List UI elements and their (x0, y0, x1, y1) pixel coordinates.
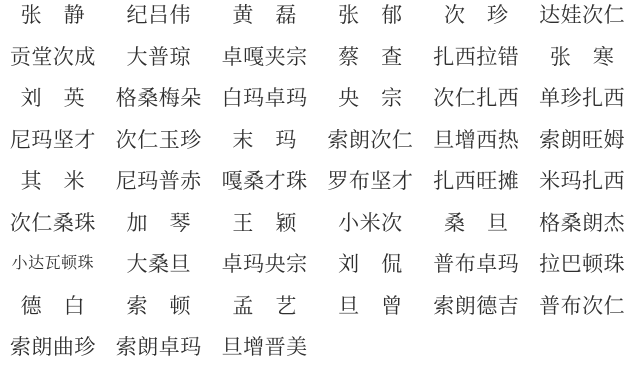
name-cell: 尼玛坚才 (10, 129, 96, 151)
name-cell: 张 郁 (338, 4, 403, 26)
name-cell: 刘 英 (21, 87, 86, 109)
document-page: 张 静纪吕伟黄 磊张 郁次 珍达娃次仁贡堂次成大普琼卓嘎夹宗蔡 查扎西拉错张 寒… (0, 0, 635, 372)
name-cell: 普布次仁 (539, 295, 625, 317)
name-cell: 格桑梅朵 (116, 87, 202, 109)
name-cell: 拉巴顿珠 (539, 253, 625, 275)
name-cell: 孟 艺 (232, 295, 297, 317)
name-cell: 纪吕伟 (126, 4, 191, 26)
name-cell: 格桑朗杰 (539, 212, 625, 234)
name-cell: 大普琼 (126, 46, 191, 68)
name-cell: 王 颖 (232, 212, 297, 234)
name-cell: 达娃次仁 (539, 4, 625, 26)
name-cell: 索朗卓玛 (116, 336, 202, 358)
name-cell: 蔡 查 (338, 46, 403, 68)
name-cell: 桑 旦 (444, 212, 509, 234)
name-cell: 刘 侃 (338, 253, 403, 275)
name-cell: 索朗德吉 (433, 295, 519, 317)
name-cell: 次仁扎西 (433, 87, 519, 109)
name-cell: 白玛卓玛 (222, 87, 308, 109)
name-cell: 索朗旺姆 (539, 129, 625, 151)
name-list-grid: 张 静纪吕伟黄 磊张 郁次 珍达娃次仁贡堂次成大普琼卓嘎夹宗蔡 查扎西拉错张 寒… (0, 4, 635, 372)
name-cell: 米玛扎西 (539, 170, 625, 192)
name-cell: 德 白 (21, 295, 86, 317)
name-cell: 罗布坚才 (327, 170, 413, 192)
name-cell: 张 静 (21, 4, 86, 26)
name-cell: 张 寒 (550, 46, 615, 68)
name-cell: 扎西拉错 (433, 46, 519, 68)
name-cell: 尼玛普赤 (116, 170, 202, 192)
name-cell: 旦 曾 (338, 295, 403, 317)
name-cell: 旦增西热 (433, 129, 519, 151)
name-cell: 卓嘎夹宗 (222, 46, 308, 68)
name-cell: 卓玛央宗 (222, 253, 308, 275)
name-cell: 加 琴 (126, 212, 191, 234)
name-cell: 索 顿 (126, 295, 191, 317)
name-cell: 扎西旺摊 (433, 170, 519, 192)
name-cell: 索朗曲珍 (10, 336, 96, 358)
name-cell: 索朗次仁 (327, 129, 413, 151)
name-cell: 次 珍 (444, 4, 509, 26)
name-cell: 末 玛 (232, 129, 297, 151)
name-cell: 单珍扎西 (539, 87, 625, 109)
name-cell: 其 米 (21, 170, 86, 192)
name-cell: 黄 磊 (232, 4, 297, 26)
name-cell: 小达瓦顿珠 (12, 253, 95, 275)
name-cell: 普布卓玛 (433, 253, 519, 275)
name-cell: 贡堂次成 (10, 46, 96, 68)
name-cell: 大桑旦 (126, 253, 191, 275)
name-cell: 嘎桑才珠 (222, 170, 308, 192)
name-cell: 次仁桑珠 (10, 212, 96, 234)
name-cell: 旦增晋美 (222, 336, 308, 358)
name-cell: 央 宗 (338, 87, 403, 109)
name-cell: 次仁玉珍 (116, 129, 202, 151)
name-cell: 小米次 (338, 212, 403, 234)
